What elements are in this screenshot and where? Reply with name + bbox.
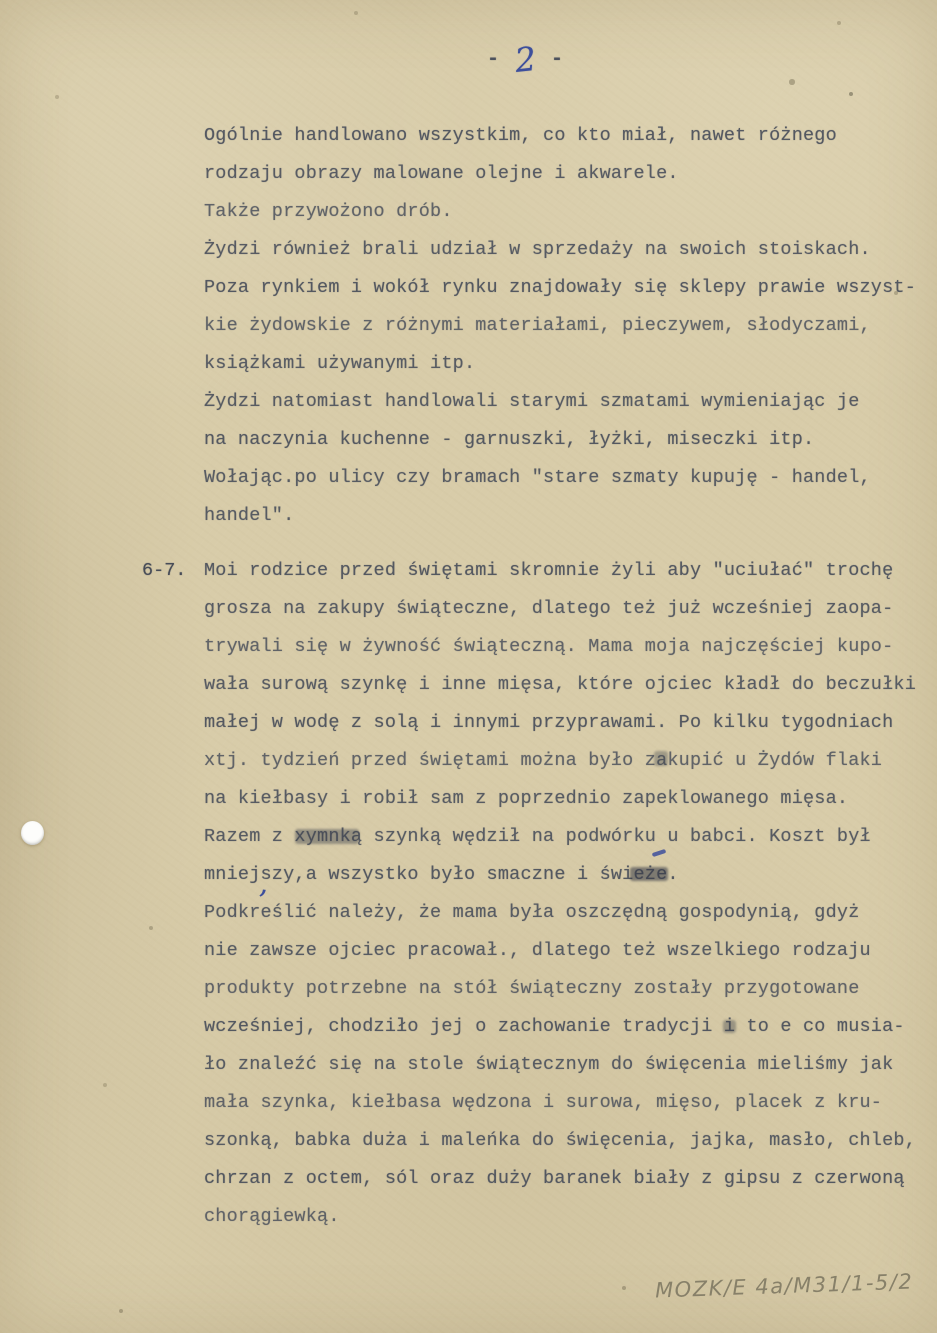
typewritten-line: Moi rodzice przed świętami skromnie żyli… (204, 552, 916, 590)
page-number-handwritten: 2 (513, 39, 538, 80)
typewritten-line: handel". (204, 497, 916, 535)
typewritten-line: na kiełbasy i robił sam z poprzednio zap… (204, 780, 916, 818)
paragraph-block-2: 6-7. Moi rodzice przed świętami skromnie… (204, 552, 916, 1236)
typewritten-line: wała surową szynkę i inne mięsa, które o… (204, 666, 916, 704)
overtyped-word-smudge (630, 867, 668, 881)
overtyped-word-smudge (295, 829, 359, 844)
typewritten-line: małej w wodę z solą i innymi przyprawami… (204, 704, 916, 742)
typewritten-line: produkty potrzebne na stół świąteczny zo… (204, 970, 916, 1008)
punch-hole (21, 821, 44, 845)
typewritten-line: mała szynka, kiełbasa wędzona i surowa, … (204, 1084, 916, 1122)
typewritten-line: xtj. tydzień przed świętami można było z… (204, 742, 916, 780)
typewritten-line: chorągiewką. (204, 1198, 916, 1236)
typewritten-line: trywali się w żywność świąteczną. Mama m… (204, 628, 916, 666)
typewritten-line: Ogólnie handlowano wszystkim, co kto mia… (204, 117, 916, 155)
paragraph-block-1: Ogólnie handlowano wszystkim, co kto mia… (204, 117, 916, 535)
overtyped-char-smudge (654, 751, 668, 766)
header-dash-right: - (551, 48, 563, 71)
typewritten-line: Żydzi również brali udział w sprzedaży n… (204, 231, 916, 269)
typewritten-line: Także przywożono drób. (204, 193, 916, 231)
item-number-label: 6-7. (142, 552, 186, 590)
scanned-document-page: - 2 - Ogólnie handlowano wszystkim, co k… (0, 0, 937, 1333)
header-dash-left: - (487, 48, 499, 71)
paragraph-lines: Moi rodzice przed świętami skromnie żyli… (204, 552, 916, 1236)
archive-reference-handwritten: MOZK/E 4a/M31/1-5/2 (655, 1270, 914, 1303)
typewritten-line: na naczynia kuchenne - garnuszki, łyżki,… (204, 421, 916, 459)
typewritten-line: Wołając.po ulicy czy bramach "stare szma… (204, 459, 916, 497)
typewritten-line: szonką, babka duża i maleńka do święceni… (204, 1122, 916, 1160)
typewritten-line: Podkreślić należy, że mama była oszczędn… (204, 894, 916, 932)
typewritten-line: mniejszy,a wszystko było smaczne i śwież… (204, 856, 916, 894)
paper-specks (0, 0, 2, 2)
typewritten-line: rodzaju obrazy malowane olejne i akwarel… (204, 155, 916, 193)
typewritten-line: Poza rynkiem i wokół rynku znajdowały si… (204, 269, 916, 307)
overtyped-char-smudge (723, 1020, 736, 1033)
typewritten-line: książkami używanymi itp. (204, 345, 916, 383)
typewritten-line: nie zawsze ojciec pracował., dlatego też… (204, 932, 916, 970)
typewritten-line: wcześniej, chodziło jej o zachowanie tra… (204, 1008, 916, 1046)
typewritten-line: grosza na zakupy świąteczne, dlatego też… (204, 590, 916, 628)
typewritten-line: ło znaleźć się na stole świątecznym do ś… (204, 1046, 916, 1084)
typewritten-line: kie żydowskie z różnymi materiałami, pie… (204, 307, 916, 345)
typewritten-line: Żydzi natomiast handlowali starymi szmat… (204, 383, 916, 421)
typewritten-line: chrzan z octem, sól oraz duży baranek bi… (204, 1160, 916, 1198)
